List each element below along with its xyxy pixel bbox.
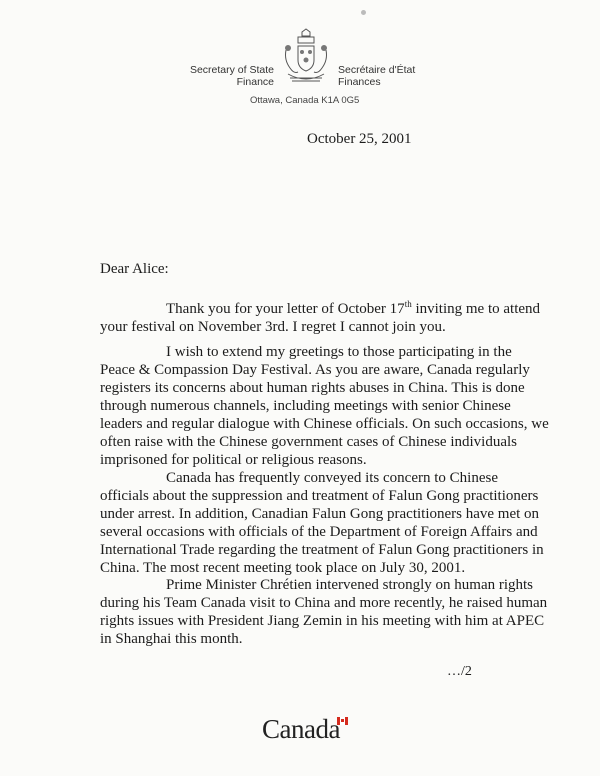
letterhead-french: Secrétaire d'État Finances: [338, 64, 415, 88]
ordinal-suffix: th: [405, 299, 412, 309]
canada-flag-icon: [337, 717, 348, 725]
letterhead-english: Secretary of State Finance: [170, 64, 274, 88]
letterhead-dept-en: Finance: [170, 76, 274, 88]
letterhead-title-en: Secretary of State: [170, 64, 274, 76]
coat-of-arms-icon: [280, 28, 332, 86]
letterhead-dept-fr: Finances: [338, 76, 415, 88]
letterhead-address: Ottawa, Canada K1A 0G5: [250, 95, 359, 106]
punch-mark: [361, 10, 366, 15]
page-continuation: …/2: [447, 664, 472, 680]
paragraph-1-text-a: Thank you for your letter of October 17: [166, 301, 405, 317]
paragraph-3: Canada has frequently conveyed its conce…: [100, 469, 550, 577]
letter-date: October 25, 2001: [307, 131, 412, 148]
canada-wordmark: Canada: [262, 714, 340, 745]
paragraph-2: I wish to extend my greetings to those p…: [100, 343, 550, 469]
salutation: Dear Alice:: [100, 261, 169, 278]
paragraph-1: Thank you for your letter of October 17t…: [100, 295, 550, 336]
paragraph-4: Prime Minister Chrétien intervened stron…: [100, 576, 550, 648]
letterhead-title-fr: Secrétaire d'État: [338, 64, 415, 76]
